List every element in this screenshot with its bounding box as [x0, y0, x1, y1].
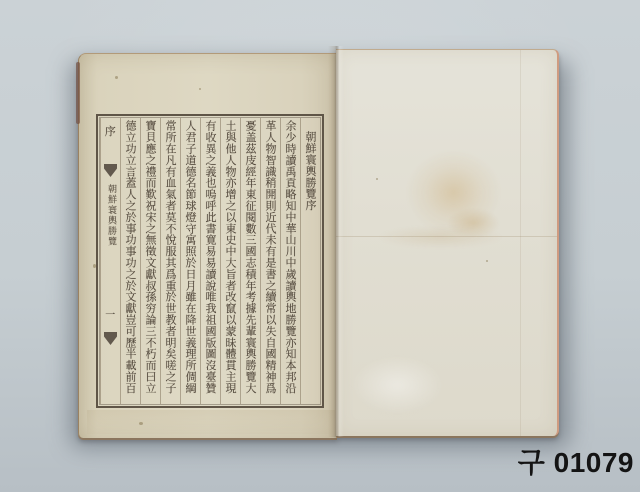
- right-page: [336, 49, 559, 436]
- left-page: 朝鮮寰輿勝覽序 余少時讀禹貢略知中華山川中歲讀輿地勝覽亦知本邦沿 革人物智識稍開…: [78, 53, 337, 438]
- book: 朝鮮寰輿勝覽序 余少時讀禹貢略知中華山川中歲讀輿地勝覽亦知本邦沿 革人物智識稍開…: [78, 46, 557, 437]
- foxing-speck: [139, 422, 143, 425]
- text-column: 人君子道德名節球燈守寓照於日月雖在降世義理所倜綱: [180, 118, 200, 404]
- foxing-speck: [93, 264, 96, 268]
- text-column: 寶貝應之禮而歎祝宋之無徵文獻叔孫穷論三不朽而曰立: [140, 118, 160, 404]
- text-column: 土與他人物亦增之以東史中大旨者改竄以蒙昧體貫主現: [220, 118, 240, 404]
- fishtail-ornament-icon: [104, 332, 117, 345]
- foxing-stain: [358, 222, 523, 252]
- spine-column: 序 朝鮮寰輿勝覽 一: [100, 118, 120, 404]
- catalog-number-label: 구 01079: [518, 441, 634, 481]
- photo-scene: 朝鮮寰輿勝覽序 余少時讀禹貢略知中華山川中歲讀輿地勝覽亦知本邦沿 革人物智識稍開…: [0, 0, 640, 492]
- text-column: 有收異之義也嗚呼此書寛易易讀說唯我祖國版圖沒臺贊: [200, 118, 220, 404]
- text-block: 朝鮮寰輿勝覽序 余少時讀禹貢略知中華山川中歲讀輿地勝覽亦知本邦沿 革人物智識稍開…: [96, 114, 324, 408]
- foxing-speck: [115, 76, 118, 79]
- foxing-speck: [486, 260, 488, 262]
- text-column: 余少時讀禹貢略知中華山川中歲讀輿地勝覽亦知本邦沿: [280, 118, 300, 404]
- aging-band: [87, 410, 335, 434]
- foxing-stain: [436, 202, 511, 244]
- text-column: 德立功立言蓋人之於事功事功之於文獻豈可歷半載前百: [120, 118, 140, 404]
- foxing-stain: [406, 150, 501, 235]
- paper-crease: [336, 236, 557, 237]
- title-column: 朝鮮寰輿勝覽序: [300, 118, 320, 404]
- cover-edge: [76, 62, 80, 124]
- foxing-speck: [376, 178, 378, 180]
- foxing-speck: [199, 88, 201, 90]
- paper-crease: [520, 50, 521, 436]
- text-column: 革人物智識稍開則近代未有是書之續常以失自國精神爲: [260, 118, 280, 404]
- text-column: 憂盖茲庋經年東征閱數三國志積年考據先輩寰輿勝覽大: [240, 118, 260, 404]
- text-columns: 朝鮮寰輿勝覽序 余少時讀禹貢略知中華山川中歲讀輿地勝覽亦知本邦沿 革人物智識稍開…: [100, 118, 320, 404]
- spine-section-label: 序: [101, 122, 120, 141]
- spine-page-number: 一: [101, 306, 120, 325]
- spine-book-title: 朝鮮寰輿勝覽: [101, 184, 120, 247]
- page-fold-highlight: [340, 348, 455, 422]
- text-column: 常所在凡有血氣者莫不悅服其爲重於世教者明矣嗟之子: [160, 118, 180, 404]
- fishtail-ornament-icon: [104, 164, 117, 177]
